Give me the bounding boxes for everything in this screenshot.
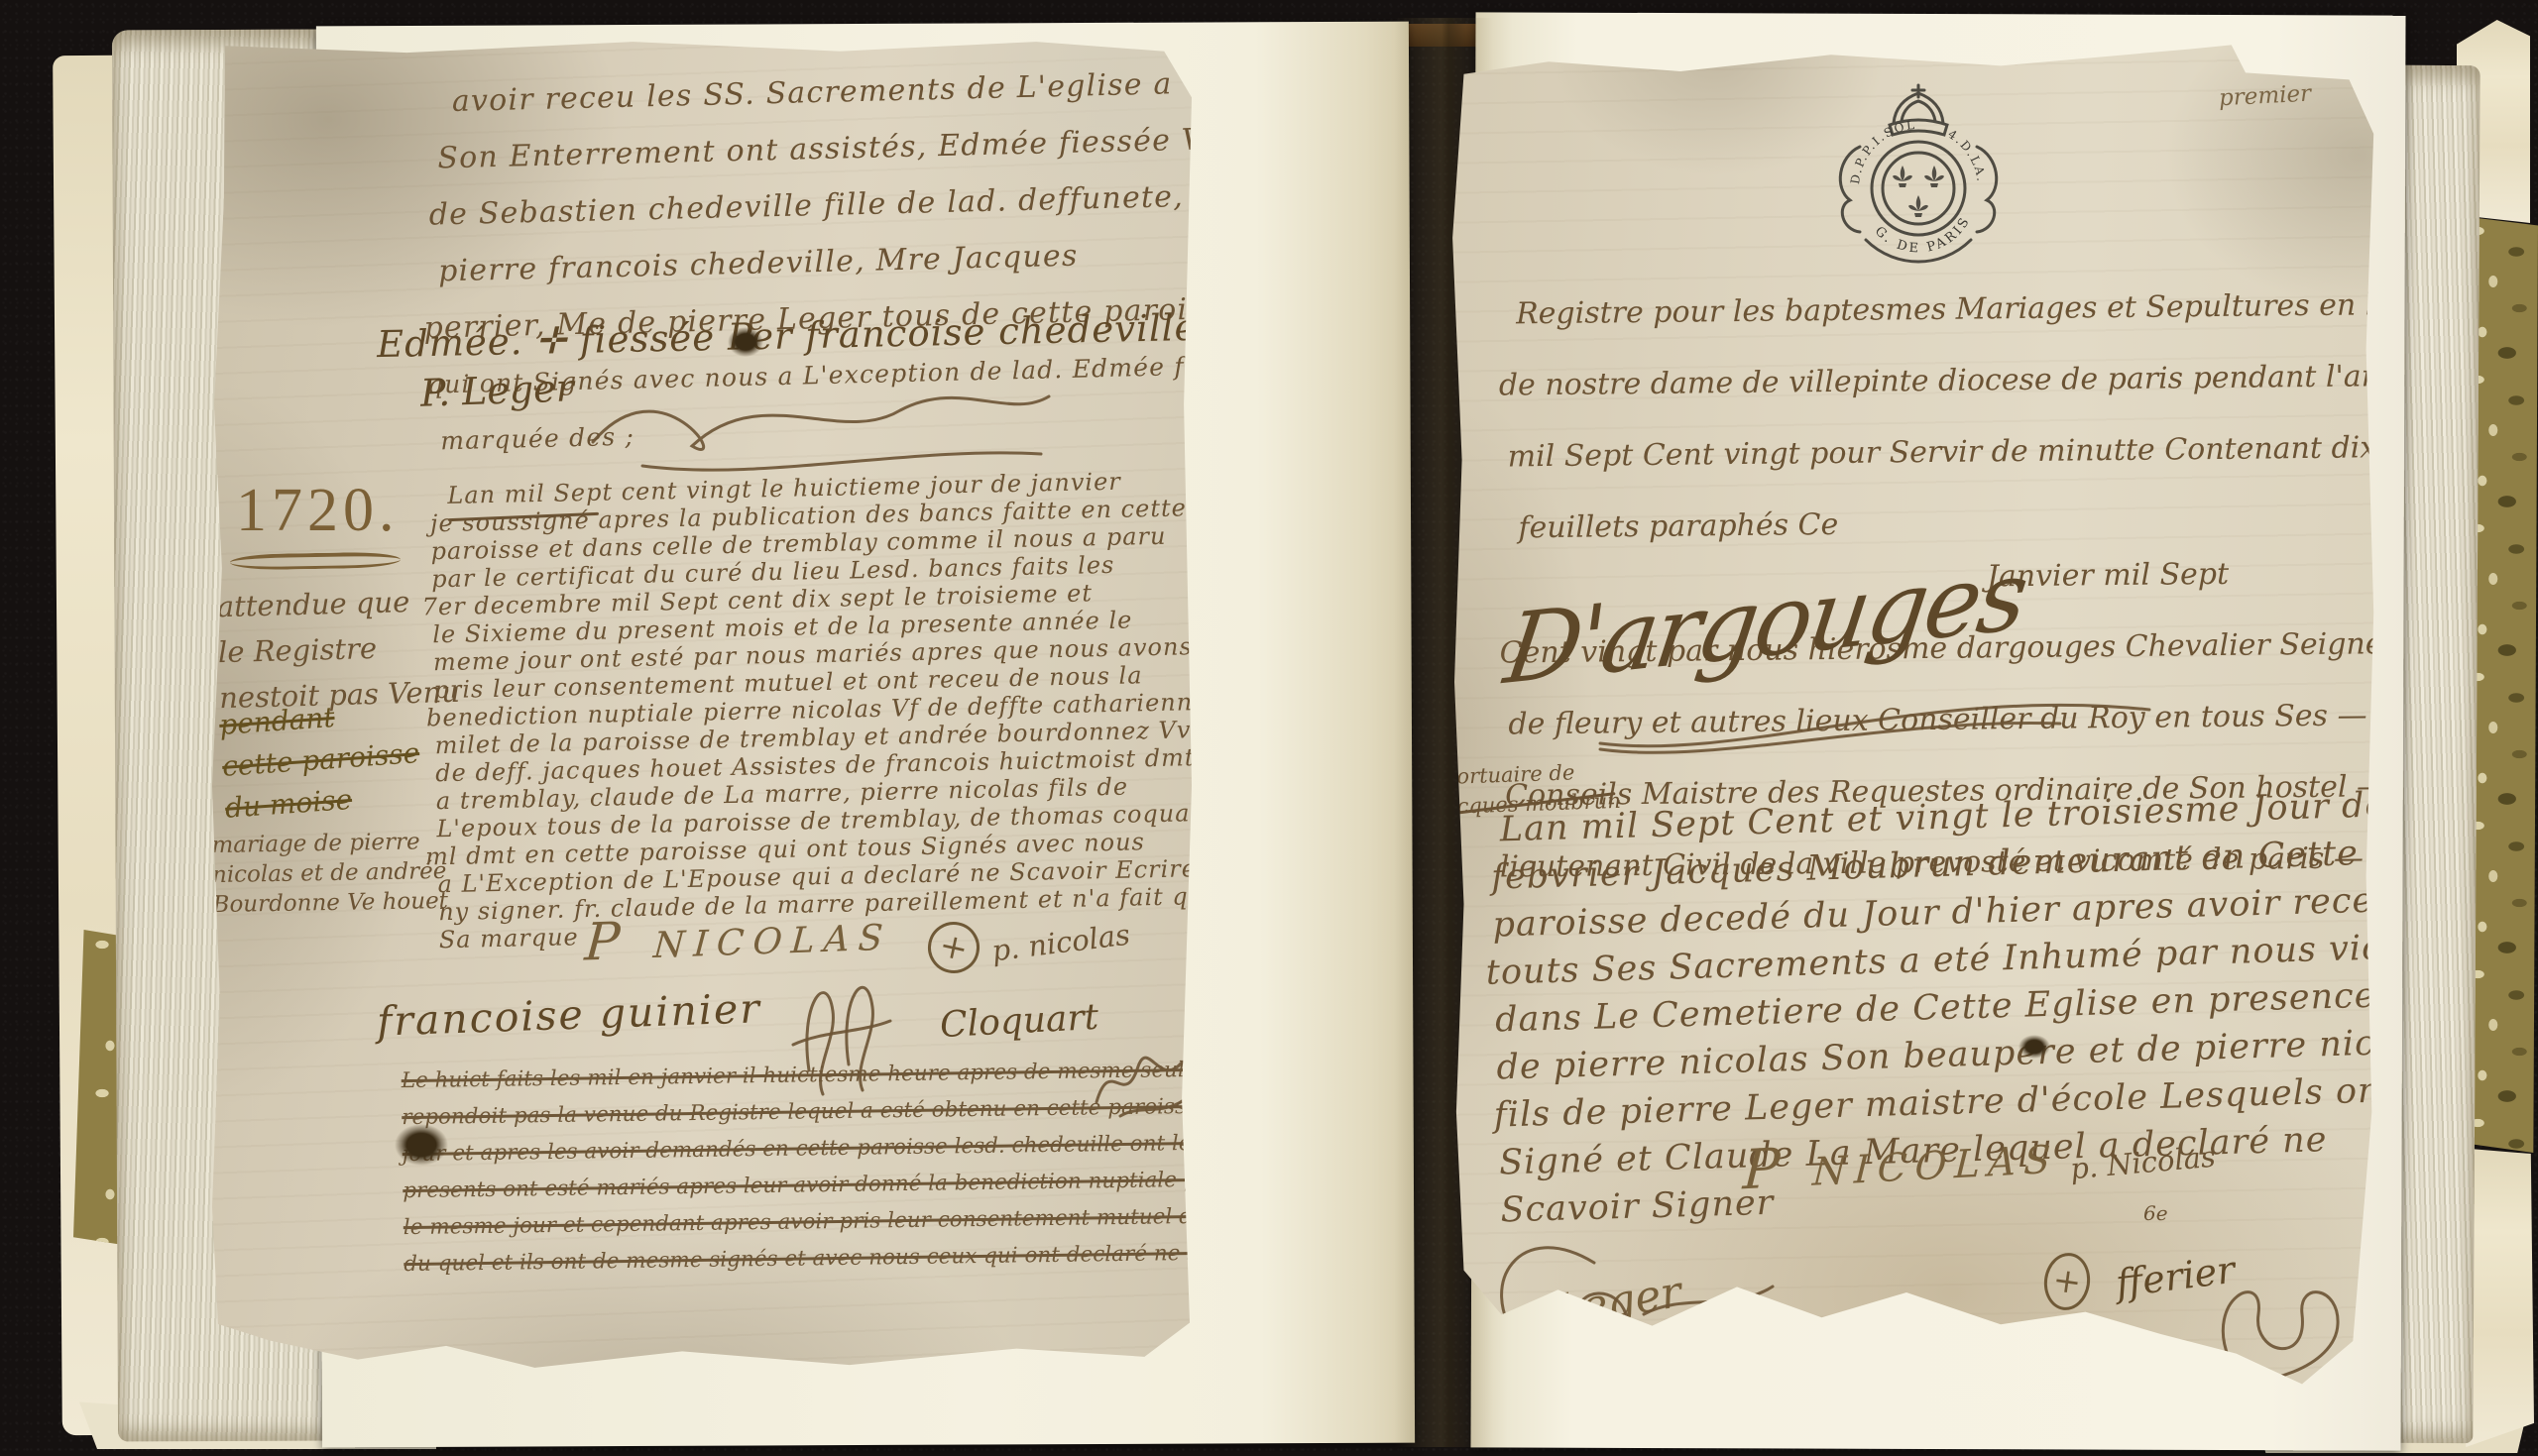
left-manuscript-page: avoir receu les SS. Sacrements de L'egli… — [210, 38, 1194, 1398]
guinier-signature: francoise guinier — [376, 984, 761, 1046]
six-annotation: 6e — [2143, 1201, 2168, 1225]
svg-text:D.P.P.I.SOL: D.P.P.I.SOL — [1848, 118, 1917, 185]
nicolas-signature-large: P nicolas — [583, 903, 894, 973]
cancelled-act-text: Le huict faits les mil en janvier il hui… — [401, 1051, 1273, 1283]
text-line: nicolas et de andrée — [212, 856, 448, 890]
corner-annotation: premier — [2218, 81, 2311, 112]
margin-note-mariage: mariage de pierrenicolas et de andréeBou… — [211, 827, 448, 920]
text-line: mariage de pierre — [211, 827, 447, 860]
right-manuscript-page: premier D.P — [1436, 44, 2377, 1431]
cloquart-signature: Cloquart — [939, 997, 1099, 1046]
right-page-block-edge — [2393, 65, 2480, 1443]
year-label: 1720. — [236, 476, 400, 546]
marriage-act-text: Lan mil Sept cent vingt le huictieme jou… — [429, 466, 1221, 953]
leger-signature: P. Leger — [419, 366, 574, 414]
signature-flourish — [1594, 658, 2189, 767]
ink-blot — [395, 1124, 448, 1166]
ink-blot — [2019, 1035, 2050, 1059]
witness-cross-mark: + — [2040, 1250, 2094, 1313]
photograph-open-parish-register: avoir receu les SS. Sacrements de L'egli… — [0, 0, 2538, 1456]
text-line: Bourdonne Ve houet — [212, 886, 448, 920]
year-underline — [230, 552, 401, 571]
signature-flourish — [583, 351, 1059, 490]
fiscal-stamp-generalite-de-paris: D.P.P.I.SOL 4.D.LA.F G. DE PARIS — [1830, 77, 2007, 272]
margin-note-struck: pendantcette paroissedu moise — [218, 691, 424, 830]
stamp-text-left: D.P.P.I.SOL — [1848, 118, 1917, 185]
text-line: le Registre — [217, 623, 459, 675]
